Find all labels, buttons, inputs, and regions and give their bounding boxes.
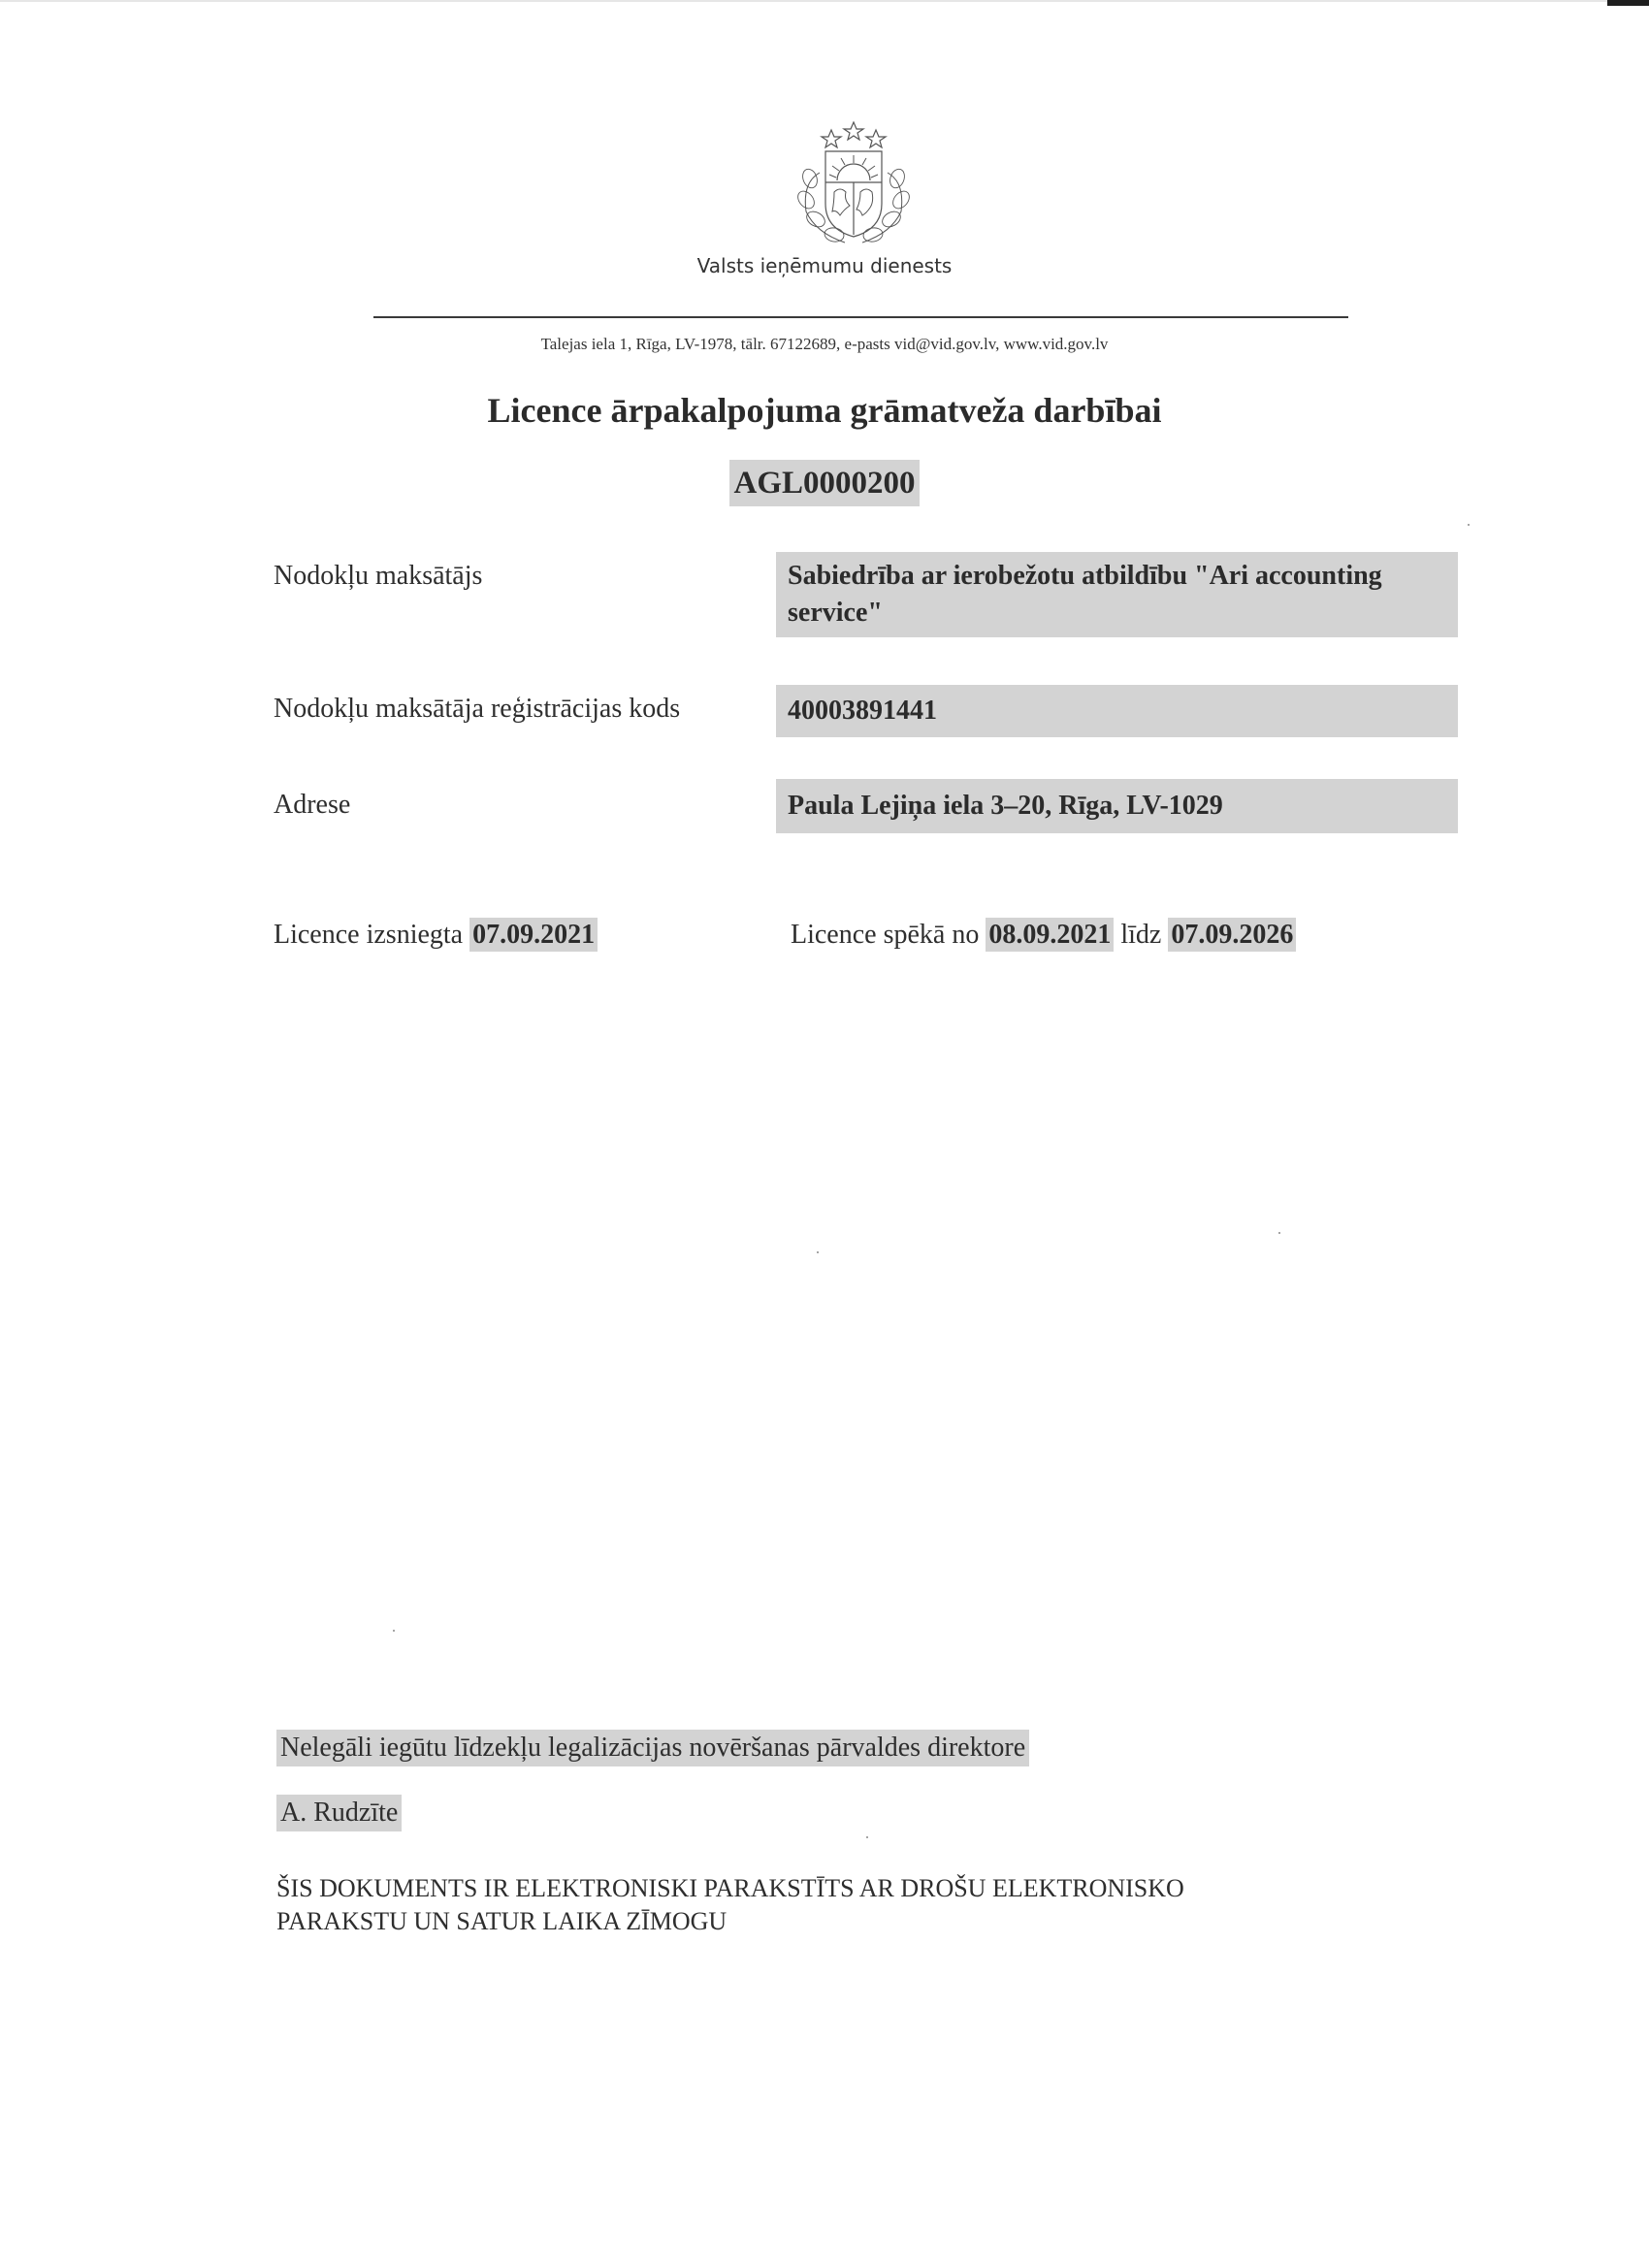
until-label: līdz	[1120, 920, 1161, 950]
issued-date: 07.09.2021	[469, 918, 598, 952]
registration-code-label: Nodokļu maksātāja reģistrācijas kods	[274, 694, 680, 725]
scan-speck	[393, 1630, 395, 1632]
agency-name: Valsts ieņēmumu dienests	[0, 254, 1649, 277]
taxpayer-value: Sabiedrība ar ierobežotu atbildību "Ari …	[776, 552, 1458, 637]
e-signature-notice: ŠIS DOKUMENTS IR ELEKTRONISKI PARAKSTĪTS…	[276, 1872, 1440, 1938]
license-number: AGL0000200	[729, 460, 919, 506]
signatory-position: Nelegāli iegūtu līdzekļu legalizācijas n…	[276, 1730, 1029, 1766]
scan-speck	[1468, 524, 1470, 526]
validity-line: Licence spēkā no 08.09.2021 līdz 07.09.2…	[791, 914, 1296, 956]
document-title: Licence ārpakalpojuma grāmatveža darbība…	[0, 390, 1649, 431]
license-number-row: AGL0000200	[0, 460, 1649, 506]
scan-artifact	[1607, 0, 1649, 6]
latvia-coat-of-arms-icon	[781, 114, 926, 250]
scan-edge	[0, 0, 1607, 2]
taxpayer-label: Nodokļu maksātājs	[274, 561, 482, 592]
issued-line: Licence izsniegta 07.09.2021	[274, 914, 598, 956]
header-divider	[373, 316, 1348, 318]
valid-label: Licence spēkā no	[791, 920, 979, 950]
scan-speck	[1278, 1232, 1280, 1234]
notice-line-1: ŠIS DOKUMENTS IR ELEKTRONISKI PARAKSTĪTS…	[276, 1872, 1440, 1905]
address-label: Adrese	[274, 790, 350, 821]
issued-label: Licence izsniegta	[274, 920, 463, 950]
signatory-name: A. Rudzīte	[276, 1795, 402, 1831]
notice-line-2: PARAKSTU UN SATUR LAIKA ZĪMOGU	[276, 1905, 1440, 1938]
scan-speck	[866, 1836, 868, 1838]
registration-code-value: 40003891441	[776, 685, 1458, 737]
agency-contacts: Talejas iela 1, Rīga, LV-1978, tālr. 671…	[0, 335, 1649, 354]
valid-from-date: 08.09.2021	[986, 918, 1114, 952]
scan-speck	[817, 1251, 819, 1253]
address-value: Paula Lejiņa iela 3–20, Rīga, LV-1029	[776, 779, 1458, 833]
valid-to-date: 07.09.2026	[1168, 918, 1296, 952]
